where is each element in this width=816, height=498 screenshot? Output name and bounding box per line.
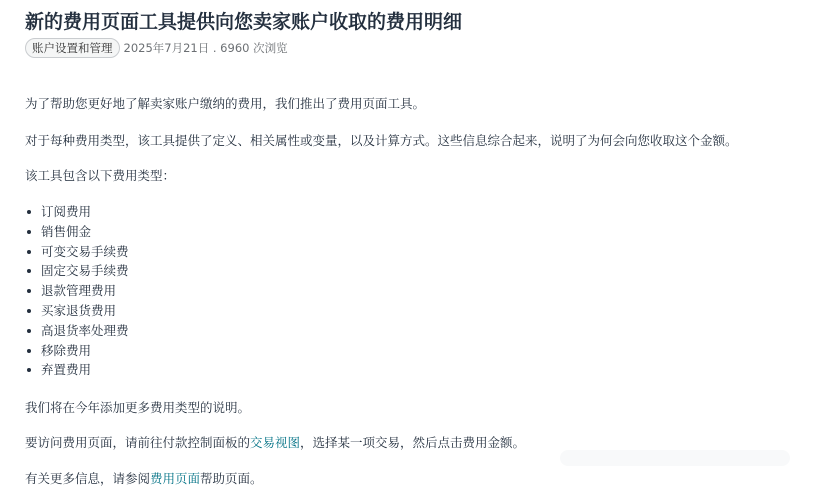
list-item: 买家退货费用 bbox=[25, 301, 129, 321]
access-paragraph: 要访问费用页面，请前往付款控制面板的交易视图，选择某一项交易，然后点击费用金额。 bbox=[25, 434, 525, 452]
bullet-icon bbox=[27, 309, 31, 313]
bullet-icon bbox=[27, 289, 31, 293]
more-info-paragraph: 有关更多信息，请参阅费用页面帮助页面。 bbox=[25, 470, 263, 488]
bullet-icon bbox=[27, 250, 31, 254]
date-and-views: 2025年7月21日 . 6960 次浏览 bbox=[124, 40, 288, 56]
article-title: 新的费用页面工具提供向您卖家账户收取的费用明细 bbox=[25, 8, 462, 36]
list-item: 销售佣金 bbox=[25, 222, 129, 242]
watermark bbox=[560, 450, 790, 466]
list-item: 固定交易手续费 bbox=[25, 261, 129, 281]
details-paragraph: 对于每种费用类型，该工具提供了定义、相关属性或变量，以及计算方式。这些信息综合起… bbox=[25, 132, 738, 150]
article-meta: 账户设置和管理 2025年7月21日 . 6960 次浏览 bbox=[25, 38, 288, 58]
list-item: 弃置费用 bbox=[25, 360, 129, 380]
fee-page-link[interactable]: 费用页面 bbox=[150, 471, 200, 486]
intro-paragraph: 为了帮助您更好地了解卖家账户缴纳的费用，我们推出了费用页面工具。 bbox=[25, 95, 425, 113]
bullet-icon bbox=[27, 368, 31, 372]
list-intro-paragraph: 该工具包含以下费用类型： bbox=[25, 167, 175, 185]
bullet-icon bbox=[27, 329, 31, 333]
list-item: 退款管理费用 bbox=[25, 281, 129, 301]
list-item: 可变交易手续费 bbox=[25, 242, 129, 262]
bullet-icon bbox=[27, 349, 31, 353]
category-badge[interactable]: 账户设置和管理 bbox=[25, 38, 120, 58]
transaction-view-link[interactable]: 交易视图 bbox=[250, 435, 300, 450]
more-coming-paragraph: 我们将在今年添加更多费用类型的说明。 bbox=[25, 399, 250, 417]
list-item: 高退货率处理费 bbox=[25, 321, 129, 341]
bullet-icon bbox=[27, 230, 31, 234]
list-item: 移除费用 bbox=[25, 341, 129, 361]
bullet-icon bbox=[27, 269, 31, 273]
fee-types-list: 订阅费用 销售佣金 可变交易手续费 固定交易手续费 退款管理费用 买家退货费用 … bbox=[25, 202, 129, 380]
list-item: 订阅费用 bbox=[25, 202, 129, 222]
bullet-icon bbox=[27, 210, 31, 214]
